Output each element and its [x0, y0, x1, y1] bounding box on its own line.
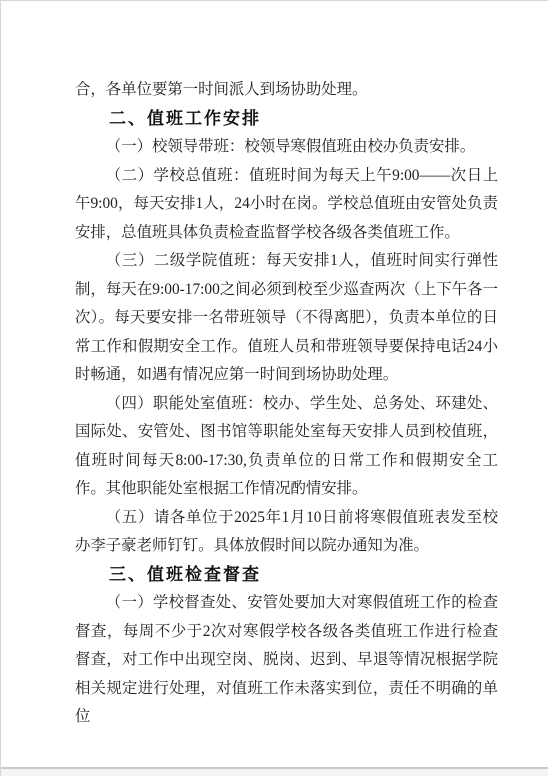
paragraph-item-3-college-duty: （三）二级学院值班：每天安排1人，值班时间实行弹性制，每天在9:00-17:00… — [75, 247, 498, 390]
paragraph-item-1-school-leader-duty: （一）校领导带班：校领导寒假值班由校办负责安排。 — [75, 133, 498, 162]
heading-section-2-duty-arrangement: 二、值班工作安排 — [75, 105, 498, 134]
page-bottom-edge — [1, 767, 548, 776]
document-body: 合，各单位要第一时间派人到场协助处理。 二、值班工作安排 （一）校领导带班：校领… — [75, 76, 498, 732]
paragraph-item-5-duty-roster-deadline: （五）请各单位于2025年1月10日前将寒假值班表发至校办李子豪老师钉钉。具体放… — [75, 504, 498, 561]
paragraph-item-2-general-duty: （二）学校总值班：值班时间为每天上午9:00——次日上午9:00，每天安排1人，… — [75, 162, 498, 248]
heading-section-3-duty-inspection: 三、值班检查督查 — [75, 561, 498, 590]
paragraph-inspection-item-1: （一）学校督查处、安管处要加大对寒假值班工作的检查督查，每周不少于2次对寒假学校… — [75, 589, 498, 732]
document-page: 合，各单位要第一时间派人到场协助处理。 二、值班工作安排 （一）校领导带班：校领… — [0, 0, 548, 776]
paragraph-continuation: 合，各单位要第一时间派人到场协助处理。 — [75, 76, 498, 105]
paragraph-item-4-department-duty: （四）职能处室值班：校办、学生处、总务处、环建处、国际处、安管处、图书馆等职能处… — [75, 390, 498, 504]
